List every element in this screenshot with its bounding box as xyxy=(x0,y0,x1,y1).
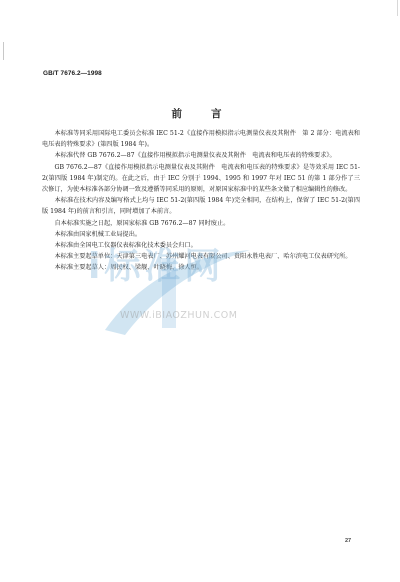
page-title: 前言 xyxy=(0,106,400,121)
scan-edge-mark xyxy=(3,42,4,60)
paragraph: 本标准等同采用国际电工委员会标准 IEC 51-2《直接作用模拟指示电测量仪表及… xyxy=(42,128,360,150)
paragraph: GB 7676.2—87《直接作用模拟指示电测量仪表及其附件 电流表和电压表的特… xyxy=(42,162,360,196)
paragraph: 本标准代替 GB 7676.2—87《直接作用模拟指示电测量仪表及其附件 电流表… xyxy=(42,150,360,161)
paragraph: 本标准在技术内容及编写格式上均与 IEC 51-2(第四版 1984 年)完全相… xyxy=(42,195,360,217)
standard-code-header: GB/T 7676.2—1998 xyxy=(43,70,102,77)
paragraph: 自本标准实施之日起，原国家标准 GB 7676.2—87 同时废止。 xyxy=(42,218,360,229)
scan-edge-mark-right xyxy=(397,0,398,16)
watermark-url: WWW.iBIAOZHUN.COM xyxy=(120,310,237,321)
watermark-text: i标准网 xyxy=(88,238,224,289)
page-number: 27 xyxy=(345,538,351,544)
